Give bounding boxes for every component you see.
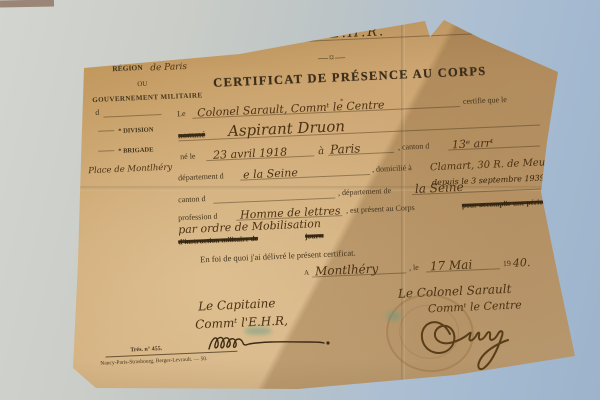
certificate-paper: C.O.M.A.M. E.H.R. —¤— CERTIFICAT DE PRÉS… — [0, 0, 600, 400]
departement2-label: , département de — [338, 186, 391, 197]
ink-smudge — [386, 311, 401, 321]
photo-background: C.O.M.A.M. E.H.R. —¤— CERTIFICAT DE PRÉS… — [0, 0, 600, 400]
struck-instruction: d'instruction militaire de — [178, 234, 258, 246]
table-edge — [0, 0, 54, 7]
left-signer-line2: Commᵗ l'E.H.R, — [195, 314, 288, 332]
year-printed: 19 — [503, 259, 511, 268]
certifies-label: certifie que le — [463, 95, 507, 106]
canton2-label: canton d — [178, 194, 206, 204]
born-label: né le — [180, 152, 196, 162]
region-label: RÉGION — [112, 63, 143, 73]
struck-jours: jours. — [305, 231, 324, 241]
le-date-label: , le — [409, 263, 419, 272]
le-label: Le — [177, 109, 186, 118]
year-value: 40. — [513, 256, 531, 270]
imprint-line2: Nancy-Paris-Strasbourg, Berger-Levrault.… — [100, 356, 207, 367]
at-label: à — [318, 146, 324, 157]
canton-label: , canton d — [398, 141, 430, 151]
a-label: A — [304, 269, 309, 277]
